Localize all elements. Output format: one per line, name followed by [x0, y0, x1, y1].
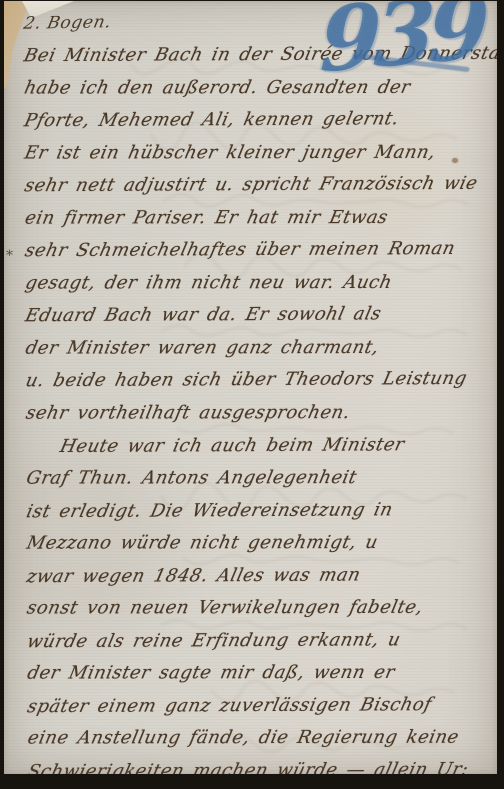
- manuscript-line-text: ein firmer Pariser. Er hat mir Etwas: [22, 202, 391, 235]
- manuscript-line: Eduard Bach war da. Er sowohl als: [25, 298, 491, 333]
- manuscript-line-text: gesagt, der ihm nicht neu war. Auch: [22, 267, 395, 300]
- manuscript-page: 939 2. Bogen. * Bei Minister Bach in der…: [4, 1, 497, 774]
- manuscript-line: später einem ganz zuverlässigen Bischof: [27, 689, 493, 724]
- manuscript-text: Bei Minister Bach in der Soirée vom Donn…: [24, 38, 494, 774]
- manuscript-line-text: sehr vortheilhaft ausgesprochen.: [23, 397, 354, 430]
- manuscript-line: sehr nett adjustirt u. spricht Französis…: [25, 168, 491, 203]
- manuscript-scan: 939 2. Bogen. * Bei Minister Bach in der…: [0, 0, 504, 789]
- manuscript-line: zwar wegen 1848. Alles was man: [27, 559, 493, 594]
- manuscript-line: u. beide haben sich über Theodors Leistu…: [26, 363, 492, 398]
- manuscript-line-text: Schwierigkeiten machen würde — allein Ur…: [24, 754, 472, 774]
- manuscript-line-text: Graf Thun. Antons Angelegenheit: [23, 462, 360, 495]
- manuscript-line-text: später einem ganz zuverlässigen Bischof: [24, 689, 435, 724]
- manuscript-line-text: Pforte, Mehemed Ali, kennen gelernt.: [21, 103, 403, 138]
- manuscript-line: ein firmer Pariser. Er hat mir Etwas: [25, 201, 491, 236]
- manuscript-line: eine Anstellung fände, die Regierung kei…: [28, 721, 494, 756]
- manuscript-line: Schwierigkeiten machen würde — allein Ur…: [28, 754, 494, 774]
- manuscript-line: würde als reine Erfindung erkannt, u: [27, 624, 493, 659]
- manuscript-line: der Minister sagte mir daß, wenn er: [27, 656, 493, 691]
- manuscript-line: Heute war ich auch beim Minister: [26, 428, 492, 463]
- manuscript-line-text: zwar wegen 1848. Alles was man: [23, 559, 364, 593]
- manuscript-line-text: ist erledigt. Die Wiedereinsetzung in: [23, 494, 396, 529]
- manuscript-line-text: der Minister waren ganz charmant,: [22, 332, 382, 365]
- manuscript-line: gesagt, der ihm nicht neu war. Auch: [25, 266, 491, 301]
- manuscript-line: Pforte, Mehemed Ali, kennen gelernt.: [24, 103, 490, 138]
- manuscript-line-text: u. beide haben sich über Theodors Leistu…: [22, 363, 470, 398]
- manuscript-line-text: Mezzano würde nicht genehmigt, u: [23, 527, 381, 560]
- manuscript-line: der Minister waren ganz charmant,: [26, 331, 492, 366]
- manuscript-line: sehr vortheilhaft ausgesprochen.: [26, 396, 492, 431]
- manuscript-line-text: würde als reine Erfindung erkannt, u: [24, 624, 404, 659]
- manuscript-line-text: der Minister sagte mir daß, wenn er: [24, 657, 398, 690]
- manuscript-line-text: eine Anstellung fände, die Regierung kei…: [24, 722, 462, 755]
- archive-number-stamp: 939: [318, 1, 484, 92]
- manuscript-line-text: sehr nett adjustirt u. spricht Französis…: [21, 168, 481, 203]
- manuscript-line-text: sonst von neuen Verwikelungen fabelte,: [24, 592, 426, 625]
- margin-mark: *: [6, 248, 13, 264]
- manuscript-line: sonst von neuen Verwikelungen fabelte,: [27, 591, 493, 626]
- manuscript-line: Graf Thun. Antons Angelegenheit: [26, 461, 492, 496]
- manuscript-line: Er ist ein hübscher kleiner junger Mann,: [25, 135, 491, 170]
- manuscript-line: sehr Schmeichelhaftes über meinen Roman: [25, 233, 491, 268]
- manuscript-line: ist erledigt. Die Wiedereinsetzung in: [26, 493, 492, 528]
- page-header: 2. Bogen.: [22, 12, 113, 34]
- manuscript-line-text: Er ist ein hübscher kleiner junger Mann,: [21, 136, 438, 169]
- manuscript-line-text: Heute war ich auch beim Minister: [57, 429, 408, 463]
- manuscript-line-text: sehr Schmeichelhaftes über meinen Roman: [21, 233, 458, 268]
- manuscript-line-text: Eduard Bach war da. Er sowohl als: [22, 299, 385, 333]
- manuscript-line: Mezzano würde nicht genehmigt, u: [27, 526, 493, 561]
